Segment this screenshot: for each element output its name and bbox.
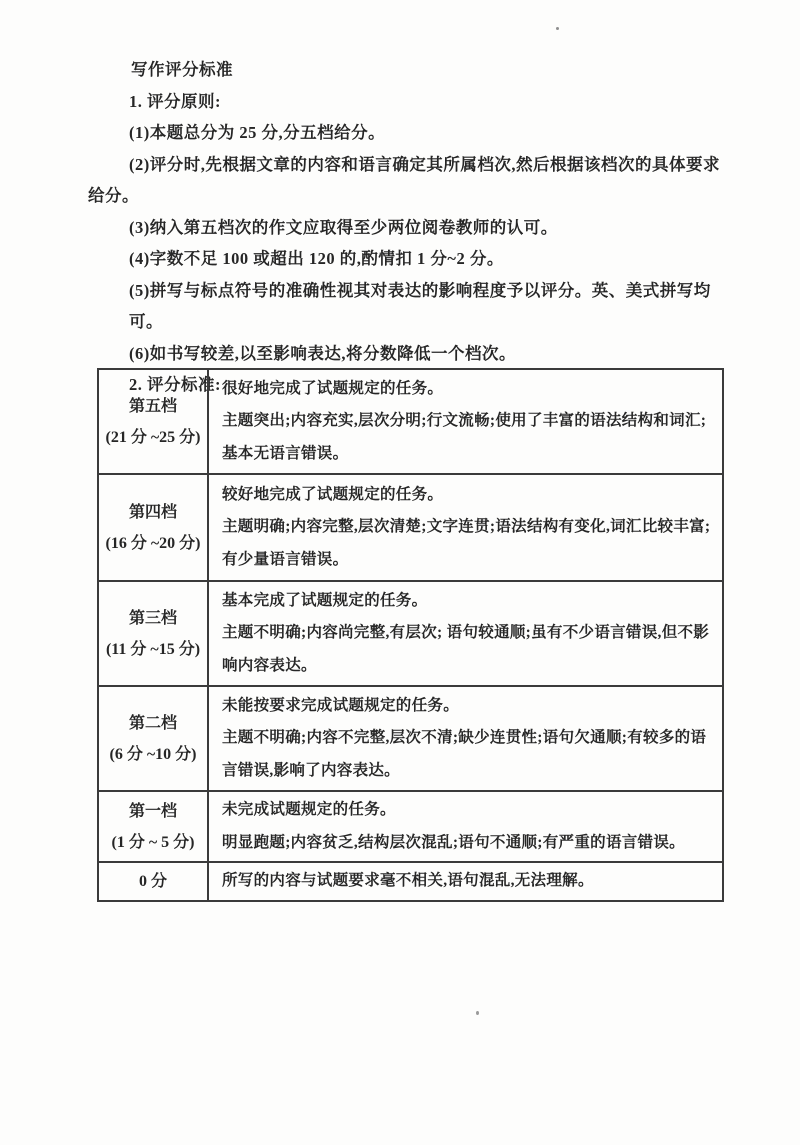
principle-line-4: (4)字数不足 100 或超出 120 的,酌情扣 1 分~2 分。 [88,243,730,275]
table-row: 第五档 (21 分 ~25 分) 很好地完成了试题规定的任务。 主题突出;内容充… [98,369,723,474]
band-label: 第一档 [101,796,205,827]
band-cell: 0 分 [98,862,208,901]
table-row: 第一档 (1 分 ~ 5 分) 未完成试题规定的任务。 明显跑题;内容贫乏,结构… [98,791,723,862]
table-row: 第三档 (11 分 ~15 分) 基本完成了试题规定的任务。 主题不明确;内容尚… [98,581,723,686]
intro-section: 写作评分标准 1. 评分原则: (1)本题总分为 25 分,分五档给分。 (2)… [88,54,730,401]
band-range: (16 分 ~20 分) [101,528,205,559]
band-task: 很好地完成了试题规定的任务。 [222,373,712,406]
band-range: (11 分 ~15 分) [101,634,205,665]
band-range: (6 分 ~10 分) [101,739,205,770]
band-range: (1 分 ~ 5 分) [101,827,205,858]
principle-line-3: (3)纳入第五档次的作文应取得至少两位阅卷教师的认可。 [88,212,730,244]
scan-speck [476,1011,479,1015]
principles-heading: 1. 评分原则: [88,86,730,118]
table-row: 第四档 (16 分 ~20 分) 较好地完成了试题规定的任务。 主题明确;内容完… [98,474,723,581]
band-label: 第二档 [101,708,205,739]
principle-line-6: (6)如书写较差,以至影响表达,将分数降低一个档次。 [88,338,730,370]
scoring-rubric-table: 第五档 (21 分 ~25 分) 很好地完成了试题规定的任务。 主题突出;内容充… [97,368,724,902]
scan-speck [556,27,559,30]
band-detail: 主题突出;内容充实,层次分明;行文流畅;使用了丰富的语法结构和词汇;基本无语言错… [222,405,712,470]
description-cell: 未能按要求完成试题规定的任务。 主题不明确;内容不完整,层次不清;缺少连贯性;语… [208,686,723,791]
band-task: 未能按要求完成试题规定的任务。 [222,690,712,723]
band-detail: 明显跑题;内容贫乏,结构层次混乱;语句不通顺;有严重的语言错误。 [222,827,712,860]
principle-line-5: (5)拼写与标点符号的准确性视其对表达的影响程度予以评分。英、美式拼写均可。 [88,275,730,338]
page-title: 写作评分标准 [88,54,730,86]
band-cell: 第三档 (11 分 ~15 分) [98,581,208,686]
document-page: 写作评分标准 1. 评分原则: (1)本题总分为 25 分,分五档给分。 (2)… [0,0,800,1145]
table-row: 0 分 所写的内容与试题要求毫不相关,语句混乱,无法理解。 [98,862,723,901]
band-task: 较好地完成了试题规定的任务。 [222,479,712,512]
band-cell: 第四档 (16 分 ~20 分) [98,474,208,581]
principle-line-2-continuation: 给分。 [88,180,730,212]
description-cell: 较好地完成了试题规定的任务。 主题明确;内容完整,层次清楚;文字连贯;语法结构有… [208,474,723,581]
table-row: 第二档 (6 分 ~10 分) 未能按要求完成试题规定的任务。 主题不明确;内容… [98,686,723,791]
band-label: 第三档 [101,603,205,634]
principle-line-2: (2)评分时,先根据文章的内容和语言确定其所属档次,然后根据该档次的具体要求 [88,149,730,181]
band-detail: 主题明确;内容完整,层次清楚;文字连贯;语法结构有变化,词汇比较丰富;有少量语言… [222,511,712,576]
band-detail: 主题不明确;内容尚完整,有层次; 语句较通顺;虽有不少语言错误,但不影响内容表达… [222,617,712,682]
band-label: 第四档 [101,497,205,528]
description-cell: 所写的内容与试题要求毫不相关,语句混乱,无法理解。 [208,862,723,901]
band-task: 基本完成了试题规定的任务。 [222,585,712,618]
band-cell: 第一档 (1 分 ~ 5 分) [98,791,208,862]
band-task: 所写的内容与试题要求毫不相关,语句混乱,无法理解。 [222,865,712,898]
band-cell: 第五档 (21 分 ~25 分) [98,369,208,474]
band-cell: 第二档 (6 分 ~10 分) [98,686,208,791]
band-task: 未完成试题规定的任务。 [222,794,712,827]
description-cell: 很好地完成了试题规定的任务。 主题突出;内容充实,层次分明;行文流畅;使用了丰富… [208,369,723,474]
description-cell: 未完成试题规定的任务。 明显跑题;内容贫乏,结构层次混乱;语句不通顺;有严重的语… [208,791,723,862]
band-label: 第五档 [101,391,205,422]
principle-line-1: (1)本题总分为 25 分,分五档给分。 [88,117,730,149]
band-detail: 主题不明确;内容不完整,层次不清;缺少连贯性;语句欠通顺;有较多的语言错误,影响… [222,722,712,787]
band-label: 0 分 [101,866,205,897]
band-range: (21 分 ~25 分) [101,422,205,453]
description-cell: 基本完成了试题规定的任务。 主题不明确;内容尚完整,有层次; 语句较通顺;虽有不… [208,581,723,686]
